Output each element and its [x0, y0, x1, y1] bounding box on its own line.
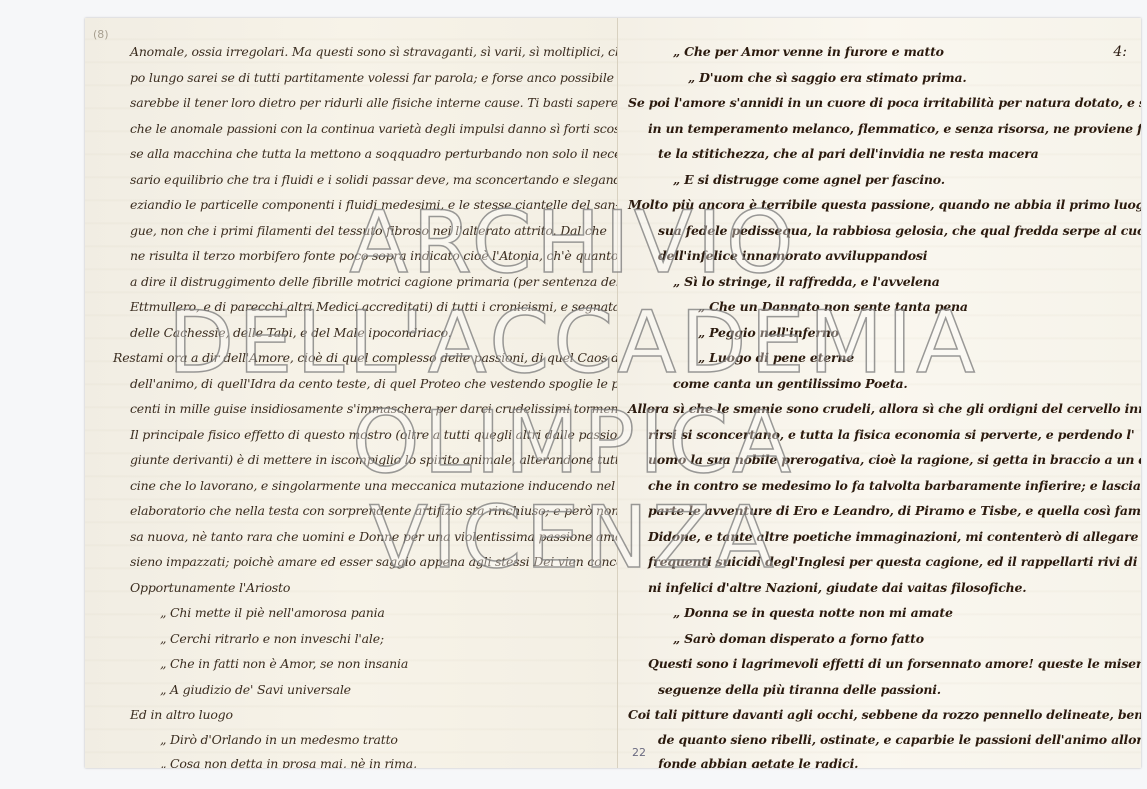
manuscript-line: Restami ora a dir dell'Amore, cioè di qu… [113, 350, 618, 365]
manuscript-line: Coi tali pitture davanti agli occhi, seb… [628, 707, 1141, 722]
manuscript-line: „ D'uom che sì saggio era stimato prima. [688, 70, 967, 85]
manuscript-line: in un temperamento melanco, flemmatico, … [648, 121, 1141, 136]
manuscript-line: de quanto sieno ribelli, ostinate, e cap… [658, 732, 1141, 747]
manuscript-line: seguenze della più tiranna delle passion… [658, 682, 941, 697]
manuscript-line: „ Sarò doman disperato a forno fatto [673, 631, 924, 646]
manuscript-line: rirsi si sconcertano, e tutta la fisica … [648, 427, 1135, 442]
manuscript-line: frequenti suicidi degl'Inglesi per quest… [648, 554, 1141, 569]
manuscript-line: te la stitichezza, che al pari dell'invi… [658, 146, 1039, 161]
manuscript-line: Didone, e tante altre poetiche immaginaz… [648, 529, 1141, 544]
manuscript-line: dell'animo, di quell'Idra da cento teste… [130, 376, 618, 391]
left-page: (8) Anomale, ossia irregolari. Ma questi… [85, 18, 618, 768]
manuscript-line: „ Che in fatti non è Amor, se non insani… [160, 656, 408, 671]
manuscript-line: uomo la sua nobile prerogativa, cioè la … [648, 452, 1141, 467]
manuscript-line: Se poi l'amore s'annidi in un cuore di p… [628, 95, 1141, 110]
manuscript-line: come canta un gentilissimo Poeta. [673, 376, 908, 391]
margin-mark: (8) [93, 28, 109, 41]
manuscript-line: Il principale fisico effetto di questo m… [130, 427, 618, 442]
manuscript-line: „ Chi mette il piè nell'amorosa pania [160, 605, 385, 620]
manuscript-line: „ Dirò d'Orlando in un medesmo tratto [160, 732, 398, 747]
manuscript-line: „ Che per Amor venne in furore e matto [673, 44, 944, 59]
manuscript-line: dell'infelice innamorato avviluppandosi [658, 248, 927, 263]
page-number: 22 [632, 746, 646, 759]
manuscript-line: ni infelici d'altre Nazioni, giudate dai… [648, 580, 1026, 595]
manuscript-line: Molto più ancora è terribile questa pass… [628, 197, 1141, 212]
manuscript-line: „ Sì lo stringe, il raffredda, e l'avvel… [673, 274, 940, 289]
manuscript-line: sieno impazzati; poichè amare ed esser s… [130, 554, 618, 569]
manuscript-line: „ Cosa non detta in prosa mai, nè in rim… [160, 756, 417, 768]
manuscript-line: Anomale, ossia irregolari. Ma questi son… [130, 44, 618, 59]
manuscript-line: Allora sì che le smanie sono crudeli, al… [628, 401, 1141, 416]
manuscript-line: „ Cerchi ritrarlo e non inveschi l'ale; [160, 631, 384, 646]
manuscript-line: „ Peggio nell'inferno [698, 325, 839, 340]
manuscript-line: centi in mille guise insidiosamente s'im… [130, 401, 618, 416]
manuscript-line: po lungo sarei se di tutti partitamente … [130, 70, 618, 85]
manuscript-line: che in contro se medesimo lo fa talvolta… [648, 478, 1141, 493]
manuscript-line: Ettmullero, e di parecchi altri Medici a… [130, 299, 618, 314]
manuscript-line: fonde abbian getate le radici. [658, 756, 858, 768]
manuscript-spread: (8) Anomale, ossia irregolari. Ma questi… [85, 18, 1141, 768]
manuscript-line: sua fedele pedissequa, la rabbiosa gelos… [658, 223, 1141, 238]
folio-number: 4: [1113, 44, 1127, 60]
manuscript-line: „ Donna se in questa notte non mi amate [673, 605, 953, 620]
manuscript-line: se alla macchina che tutta la mettono a … [130, 146, 618, 161]
manuscript-line: che le anomale passioni con la continua … [130, 121, 618, 136]
manuscript-line: „ E si distrugge come agnel per fascino. [673, 172, 945, 187]
manuscript-line: sarebbe il tener loro dietro per ridurli… [130, 95, 618, 110]
manuscript-line: parte le avventure di Ero e Leandro, di … [648, 503, 1141, 518]
manuscript-line: sa nuova, nè tanto rara che uomini e Don… [130, 529, 618, 544]
manuscript-line: cine che lo lavorano, e singolarmente un… [130, 478, 618, 493]
manuscript-line: eziandio le particelle componenti i flui… [130, 197, 618, 212]
manuscript-line: Opportunamente l'Ariosto [130, 580, 290, 595]
manuscript-line: sario equilibrio che tra i fluidi e i so… [130, 172, 618, 187]
manuscript-line: Ed in altro luogo [130, 707, 233, 722]
manuscript-line: ne risulta il terzo morbifero fonte poco… [130, 248, 618, 263]
manuscript-line: delle Cachessie, delle Tabi, e del Male … [130, 325, 452, 340]
manuscript-line: giunte derivanti) è di mettere in iscomp… [130, 452, 618, 467]
manuscript-line: a dire il distruggimento delle fibrille … [130, 274, 618, 289]
manuscript-line: „ Luogo di pene eterne [698, 350, 854, 365]
manuscript-line: elaboratorio che nella testa con sorpren… [130, 503, 618, 518]
manuscript-line: „ Che un Dannato non sente tanta pena [698, 299, 968, 314]
right-page: 4: „ Che per Amor venne in furore e matt… [618, 18, 1141, 768]
manuscript-line: „ A giudizio de' Savi universale [160, 682, 351, 697]
manuscript-line: Questi sono i lagrimevoli effetti di un … [648, 656, 1141, 671]
manuscript-line: gue, non che i primi filamenti del tessu… [130, 223, 607, 238]
